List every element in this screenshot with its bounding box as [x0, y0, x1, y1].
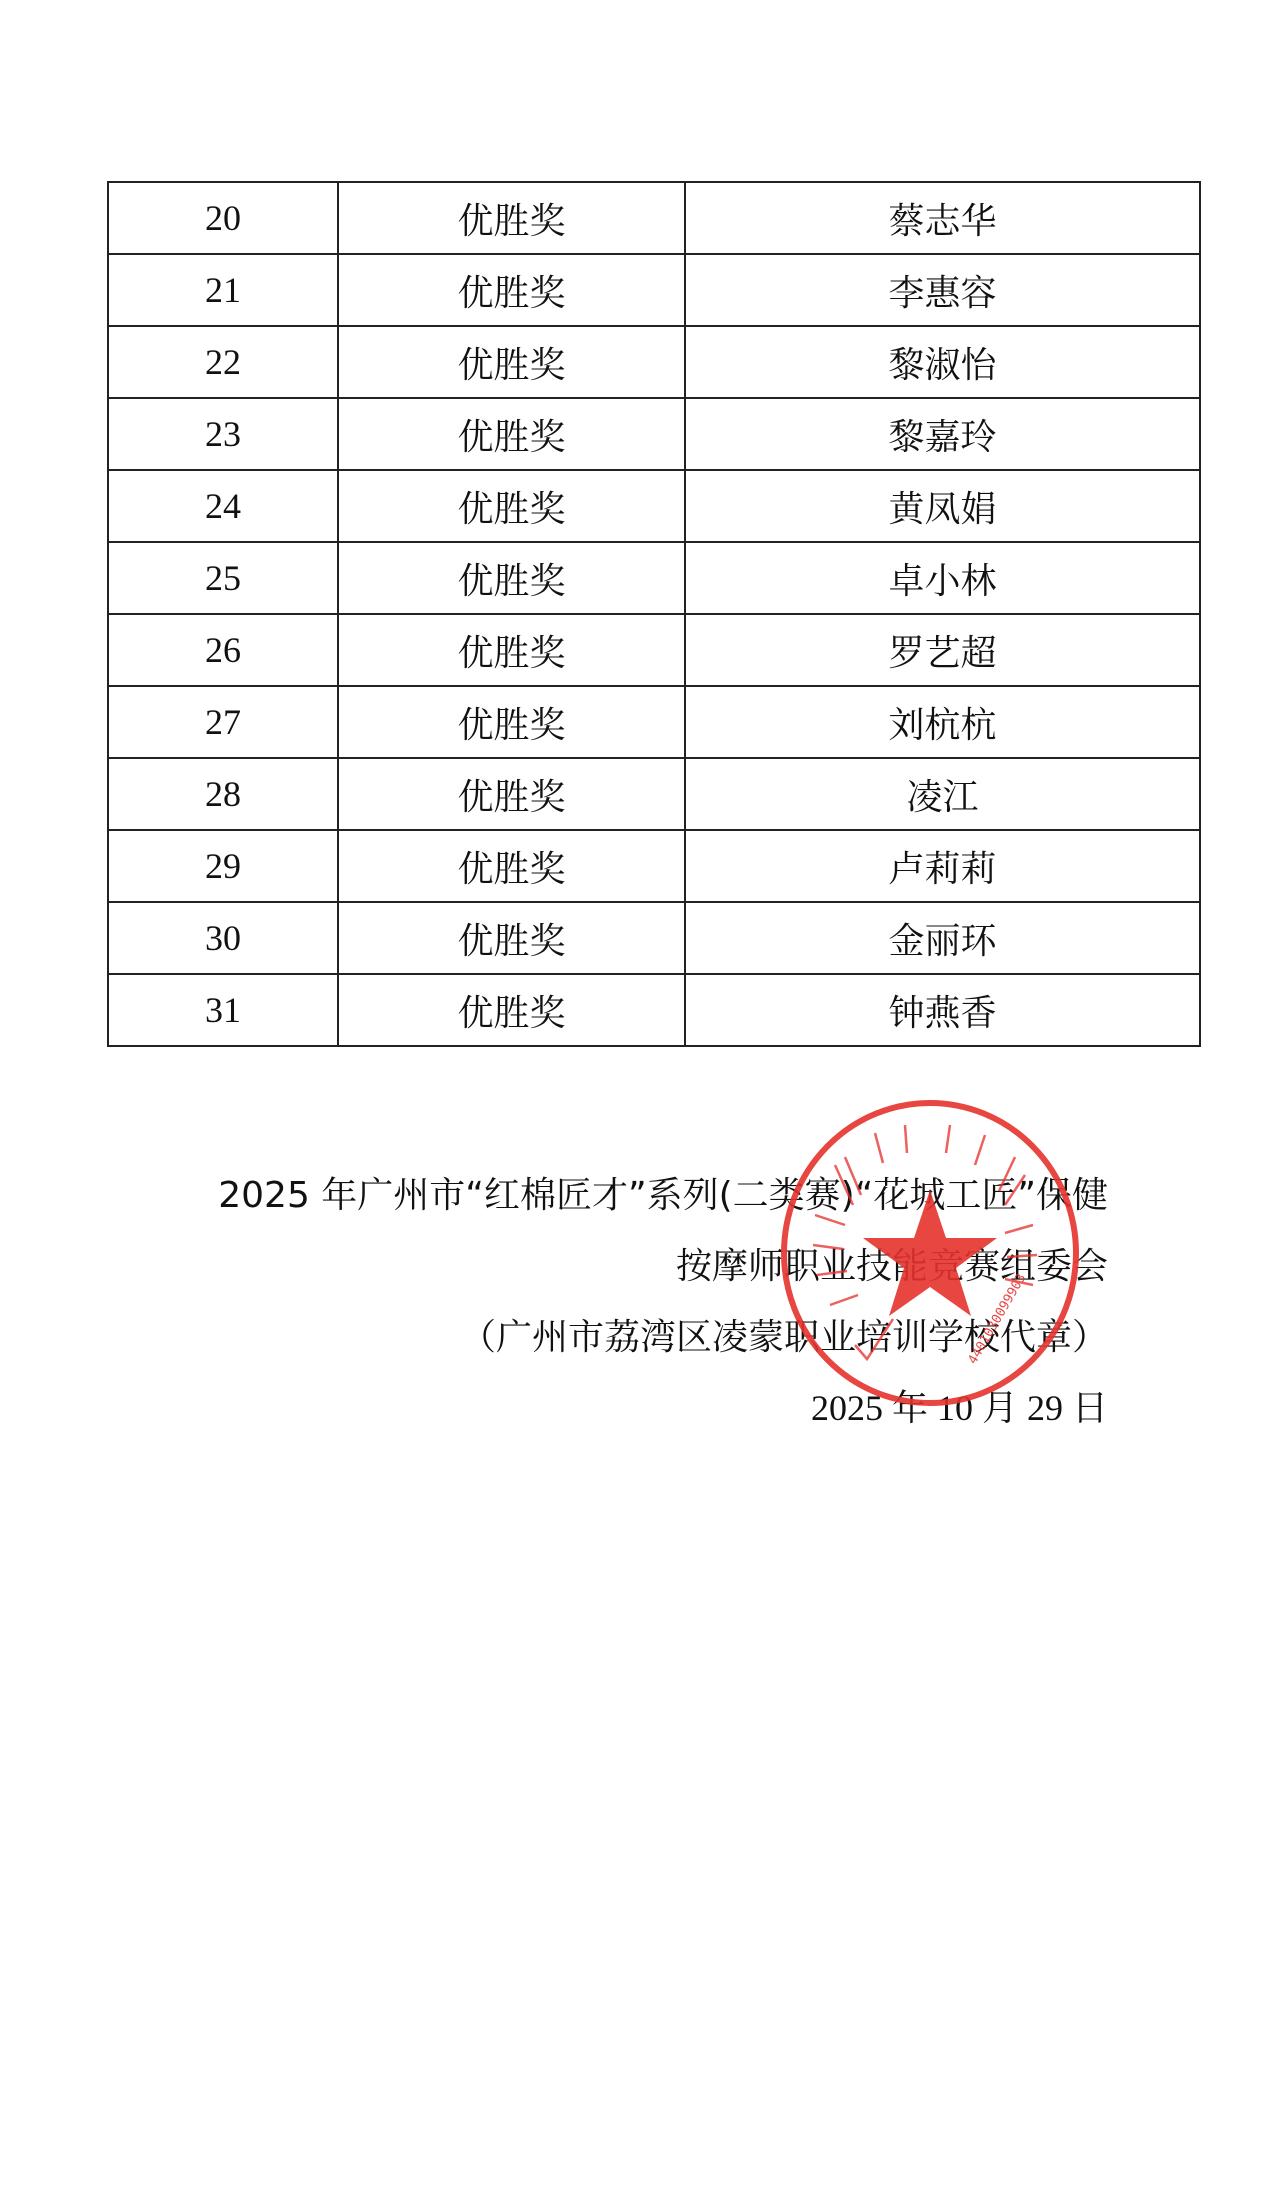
row-number: 22: [108, 326, 338, 398]
table-row: 29 优胜奖 卢莉莉: [108, 830, 1200, 902]
award-level: 优胜奖: [338, 974, 685, 1046]
award-level: 优胜奖: [338, 470, 685, 542]
row-number: 21: [108, 254, 338, 326]
row-number: 28: [108, 758, 338, 830]
award-level: 优胜奖: [338, 254, 685, 326]
row-number: 29: [108, 830, 338, 902]
row-number: 20: [108, 182, 338, 254]
table-row: 31 优胜奖 钟燕香: [108, 974, 1200, 1046]
award-table: 20 优胜奖 蔡志华 21 优胜奖 李惠容 22 优胜奖 黎淑怡 23 优胜奖 …: [107, 181, 1201, 1047]
winner-name: 卓小林: [685, 542, 1200, 614]
winner-name: 金丽环: [685, 902, 1200, 974]
award-level: 优胜奖: [338, 902, 685, 974]
award-level: 优胜奖: [338, 326, 685, 398]
table-row: 28 优胜奖 凌江: [108, 758, 1200, 830]
award-level: 优胜奖: [338, 182, 685, 254]
winner-name: 黎嘉玲: [685, 398, 1200, 470]
table-row: 26 优胜奖 罗艺超: [108, 614, 1200, 686]
organizer-line-1: 2025 年广州市“红棉匠才”系列(二类赛)“花城工匠”保健: [218, 1160, 1108, 1231]
issue-date: 2025 年 10 月 29 日: [218, 1373, 1108, 1444]
winner-name: 钟燕香: [685, 974, 1200, 1046]
table-row: 30 优胜奖 金丽环: [108, 902, 1200, 974]
row-number: 27: [108, 686, 338, 758]
award-level: 优胜奖: [338, 686, 685, 758]
winner-name: 凌江: [685, 758, 1200, 830]
row-number: 23: [108, 398, 338, 470]
winner-name: 罗艺超: [685, 614, 1200, 686]
table-row: 22 优胜奖 黎淑怡: [108, 326, 1200, 398]
row-number: 30: [108, 902, 338, 974]
organizer-line-2: 按摩师职业技能竞赛组委会: [218, 1231, 1108, 1302]
table-row: 21 优胜奖 李惠容: [108, 254, 1200, 326]
winner-name: 刘杭杭: [685, 686, 1200, 758]
table-row: 27 优胜奖 刘杭杭: [108, 686, 1200, 758]
table-row: 25 优胜奖 卓小林: [108, 542, 1200, 614]
winner-name: 蔡志华: [685, 182, 1200, 254]
signature-block: 2025 年广州市“红棉匠才”系列(二类赛)“花城工匠”保健 按摩师职业技能竞赛…: [218, 1160, 1108, 1444]
award-level: 优胜奖: [338, 542, 685, 614]
award-level: 优胜奖: [338, 398, 685, 470]
award-level: 优胜奖: [338, 830, 685, 902]
table-row: 20 优胜奖 蔡志华: [108, 182, 1200, 254]
row-number: 25: [108, 542, 338, 614]
row-number: 24: [108, 470, 338, 542]
organizer-line-3: （广州市荔湾区凌蒙职业培训学校代章）: [218, 1302, 1108, 1373]
award-level: 优胜奖: [338, 758, 685, 830]
winner-name: 卢莉莉: [685, 830, 1200, 902]
row-number: 26: [108, 614, 338, 686]
winner-name: 黄凤娟: [685, 470, 1200, 542]
document-page: 20 优胜奖 蔡志华 21 优胜奖 李惠容 22 优胜奖 黎淑怡 23 优胜奖 …: [0, 0, 1280, 2202]
winner-name: 黎淑怡: [685, 326, 1200, 398]
table-row: 23 优胜奖 黎嘉玲: [108, 398, 1200, 470]
table-row: 24 优胜奖 黄凤娟: [108, 470, 1200, 542]
winner-name: 李惠容: [685, 254, 1200, 326]
row-number: 31: [108, 974, 338, 1046]
award-level: 优胜奖: [338, 614, 685, 686]
